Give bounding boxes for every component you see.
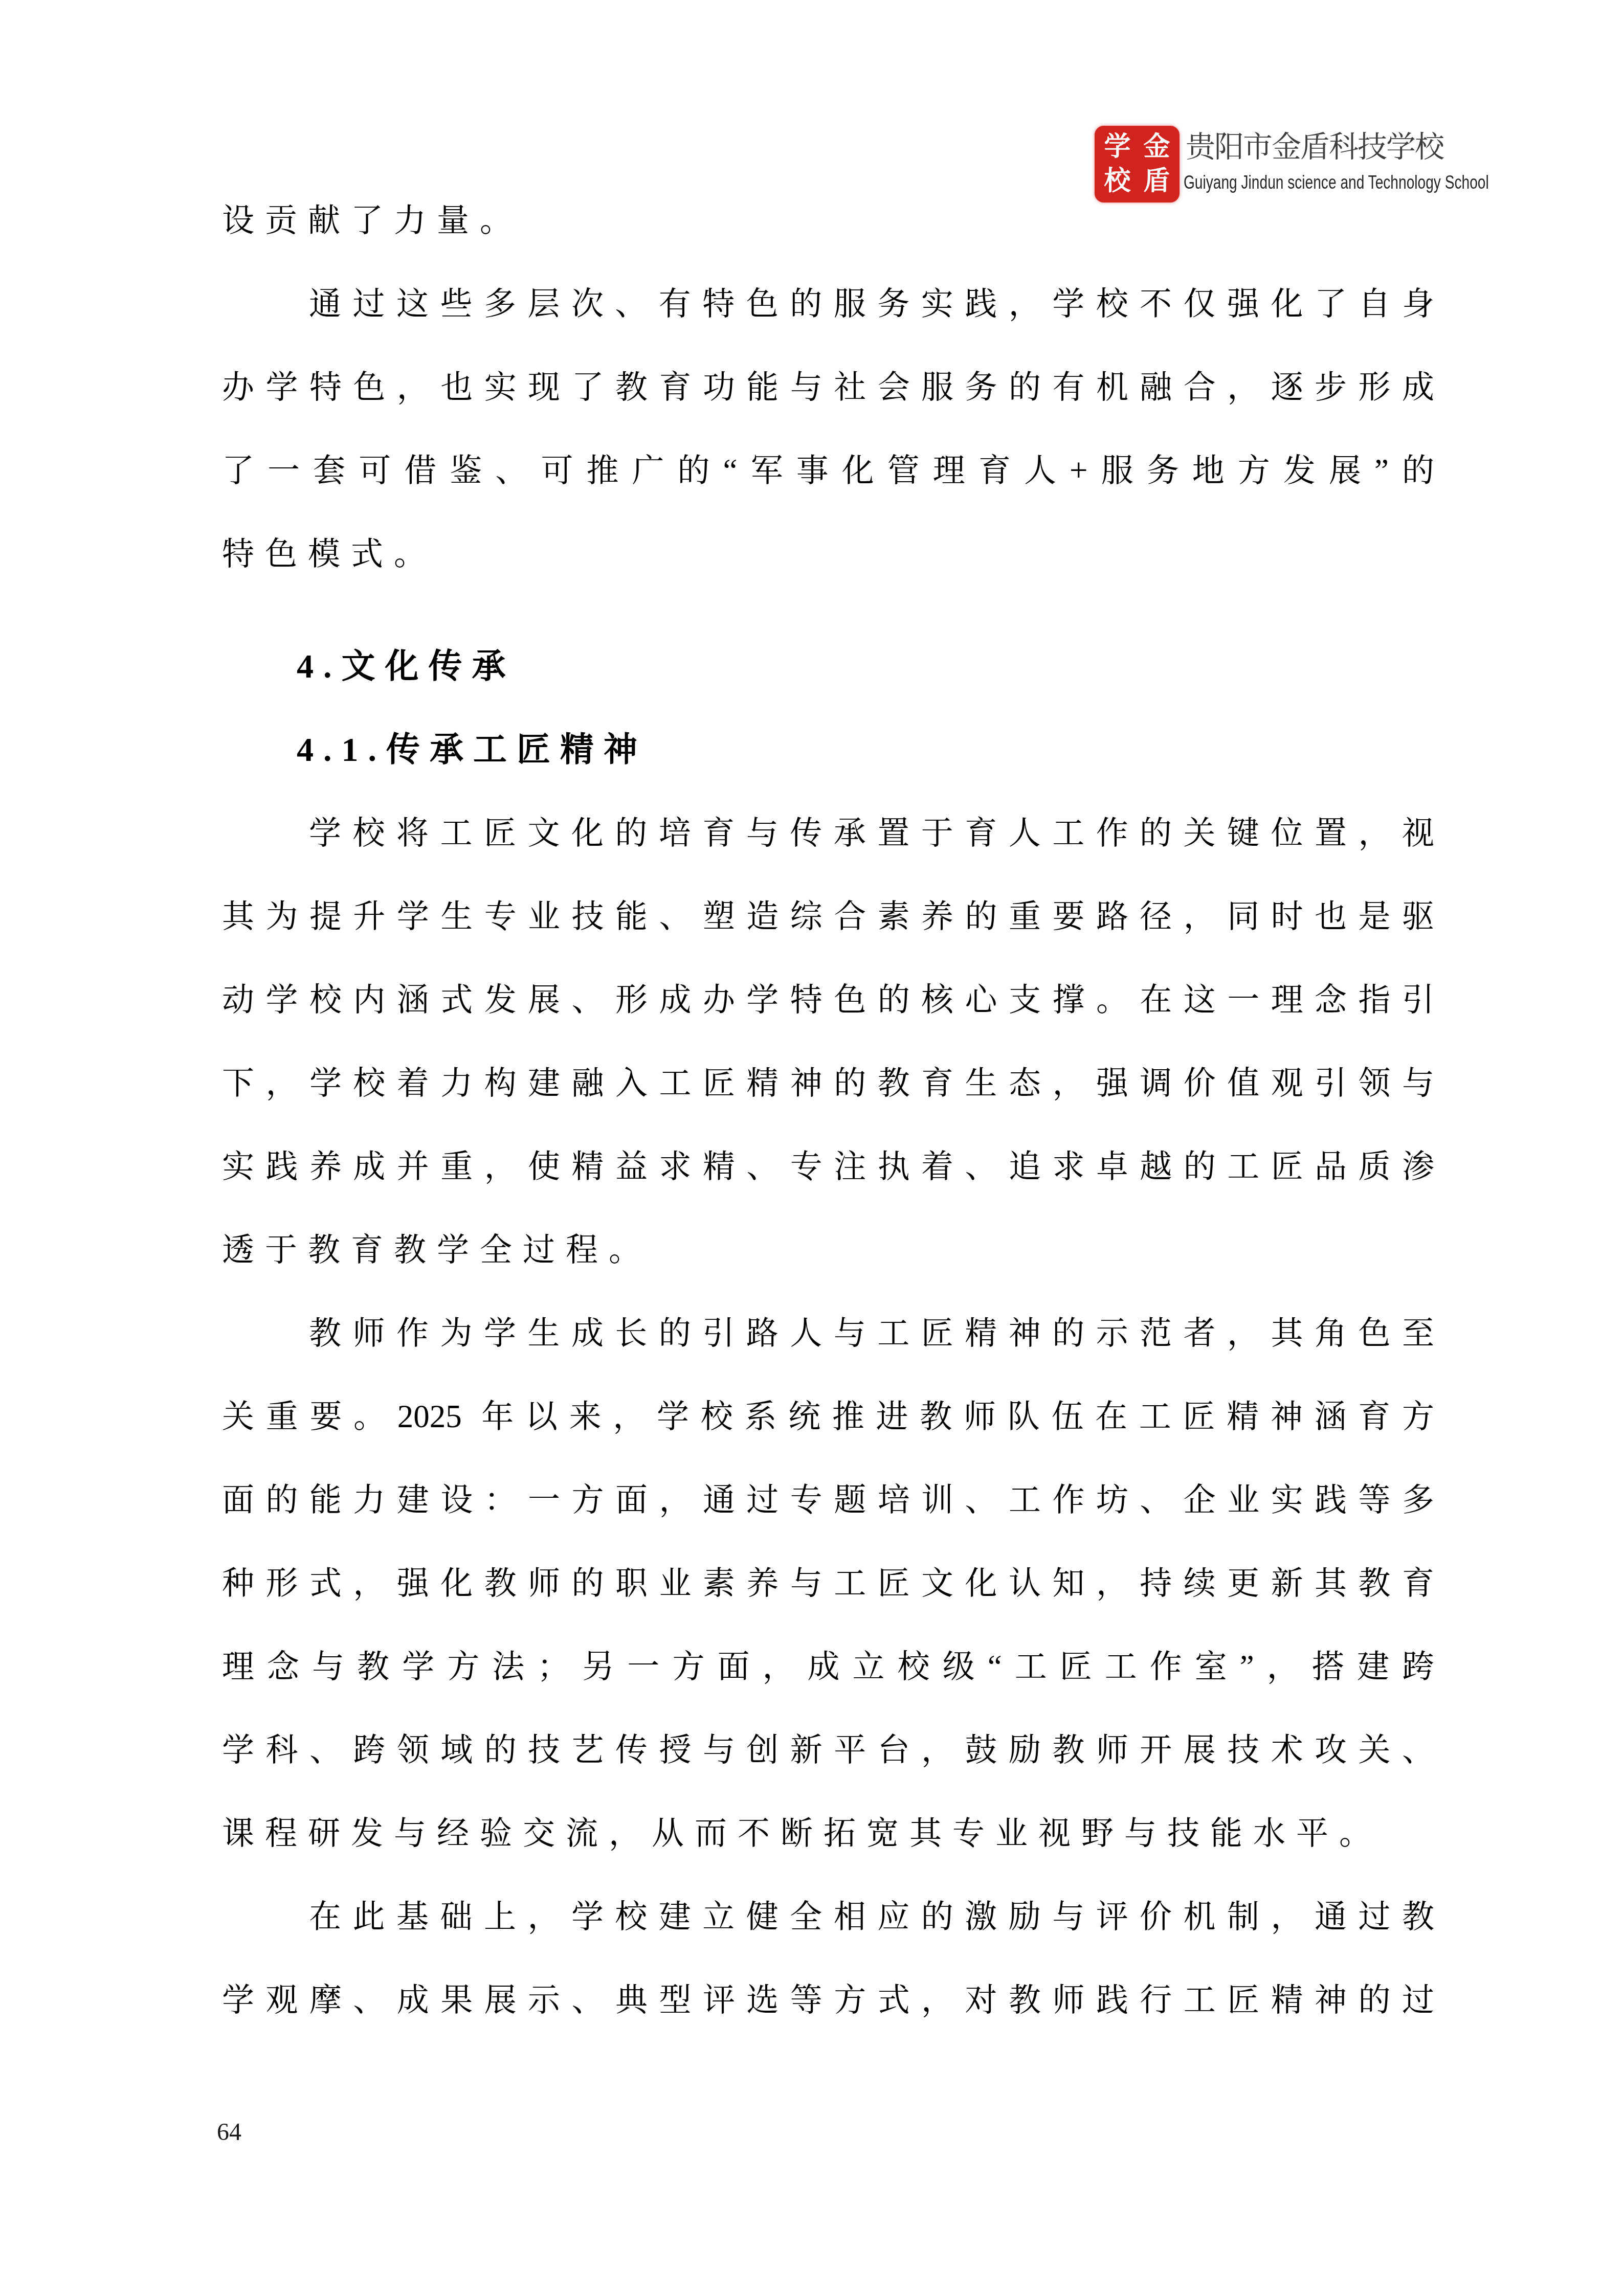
body-line: 特色模式。 bbox=[222, 512, 1434, 596]
seal-char: 学 bbox=[1098, 130, 1137, 164]
body-line: 下，学校着力构建融入工匠精神的教育生态，强调价值观引领与 bbox=[222, 1042, 1434, 1125]
body-line: 动学校内涵式发展、形成办学特色的核心支撑。在这一理念指引 bbox=[222, 958, 1434, 1042]
body-line: 理念与教学方法；另一方面，成立校级“工匠工作室”，搭建跨 bbox=[222, 1625, 1434, 1708]
body-line: 设贡献了力量。 bbox=[222, 179, 1434, 262]
body-line: 了一套可借鉴、可推广的“军事化管理育人+服务地方发展”的 bbox=[222, 429, 1434, 512]
subsection-heading: 4.1.传承工匠精神 bbox=[222, 708, 1434, 792]
body-line: 面的能力建设：一方面，通过专题培训、工作坊、企业实践等多 bbox=[222, 1458, 1434, 1542]
body-line: 透于教育教学全过程。 bbox=[222, 1208, 1434, 1292]
body-line: 学观摩、成果展示、典型评选等方式，对教师践行工匠精神的过 bbox=[222, 1959, 1434, 2042]
body-line: 在此基础上，学校建立健全相应的激励与评价机制，通过教 bbox=[222, 1875, 1434, 1959]
body-line: 教师作为学生成长的引路人与工匠精神的示范者，其角色至 bbox=[222, 1292, 1434, 1375]
seal-char: 金 bbox=[1137, 130, 1176, 164]
document-page: 学 金 校 盾 贵阳市金盾科技学校 Guiyang Jindun science… bbox=[0, 0, 1624, 2296]
body-line: 课程研发与经验交流，从而不断拓宽其专业视野与技能水平。 bbox=[222, 1792, 1434, 1875]
body-line: 学科、跨领域的技艺传授与创新平台，鼓励教师开展技术攻关、 bbox=[222, 1708, 1434, 1792]
section-heading: 4.文化传承 bbox=[222, 625, 1434, 708]
page-number: 64 bbox=[217, 2117, 241, 2148]
body-line: 通过这些多层次、有特色的服务实践，学校不仅强化了自身 bbox=[222, 262, 1434, 346]
body-line: 关重要。2025 年以来，学校系统推进教师队伍在工匠精神涵育方 bbox=[222, 1375, 1434, 1458]
body-line: 实践养成并重，使精益求精、专注执着、追求卓越的工匠品质渗 bbox=[222, 1125, 1434, 1208]
body-line: 种形式，强化教师的职业素养与工匠文化认知，持续更新其教育 bbox=[222, 1542, 1434, 1625]
school-name-chinese: 贵阳市金盾科技学校 bbox=[1186, 123, 1443, 166]
document-body: 设贡献了力量。 通过这些多层次、有特色的服务实践，学校不仅强化了自身 办学特色，… bbox=[222, 179, 1434, 2042]
body-line: 办学特色，也实现了教育功能与社会服务的有机融合，逐步形成 bbox=[222, 346, 1434, 429]
body-line: 其为提升学生专业技能、塑造综合素养的重要路径，同时也是驱 bbox=[222, 875, 1434, 958]
body-line: 学校将工匠文化的培育与传承置于育人工作的关键位置，视 bbox=[222, 792, 1434, 875]
